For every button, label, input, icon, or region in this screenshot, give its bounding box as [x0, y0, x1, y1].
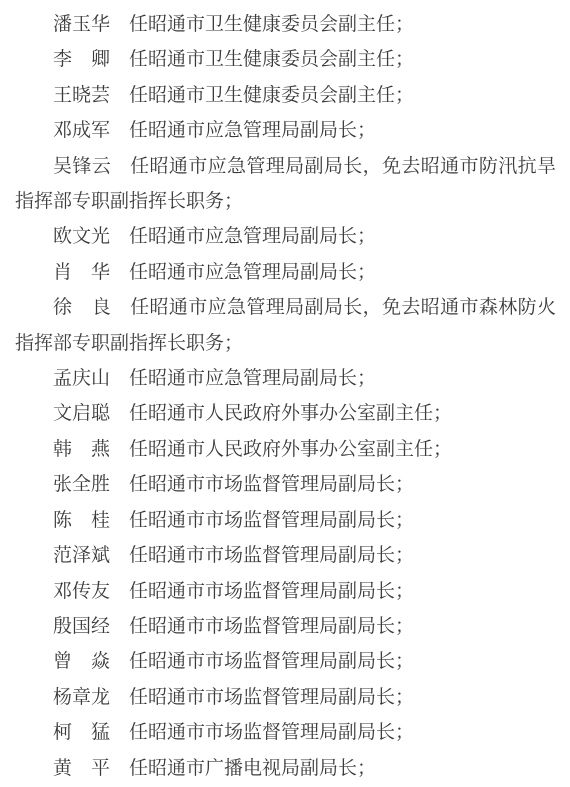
appointment-text: 任昭通市卫生健康委员会副主任； — [129, 49, 414, 70]
person-name: 殷国经 — [53, 616, 110, 637]
appointment-paragraph: 王晓芸任昭通市卫生健康委员会副主任； — [15, 78, 556, 113]
appointment-paragraph: 孟庆山任昭通市应急管理局副局长； — [15, 361, 556, 396]
appointment-paragraph: 黄 平任昭通市广播电视局副局长； — [15, 751, 556, 786]
appointment-paragraph: 杨章龙任昭通市市场监督管理局副局长； — [15, 680, 556, 715]
appointment-text: 任昭通市市场监督管理局副局长； — [129, 545, 414, 566]
appointment-paragraph: 欧文光任昭通市应急管理局副局长； — [15, 219, 556, 254]
person-name: 陈 桂 — [53, 510, 110, 531]
appointment-text: 任昭通市人民政府外事办公室副主任； — [129, 439, 452, 460]
person-name: 文启聪 — [53, 403, 110, 424]
appointment-paragraph: 邓成军任昭通市应急管理局副局长； — [15, 113, 556, 148]
person-name: 曾 焱 — [53, 651, 110, 672]
appointment-text: 任昭通市卫生健康委员会副主任； — [129, 14, 414, 35]
appointment-document: 潘玉华任昭通市卫生健康委员会副主任； 李 卿任昭通市卫生健康委员会副主任； 王晓… — [0, 0, 570, 786]
person-name: 邓成军 — [53, 120, 110, 141]
appointment-text: 任昭通市人民政府外事办公室副主任； — [129, 403, 452, 424]
appointment-text: 任昭通市广播电视局副局长； — [129, 758, 376, 779]
person-name: 李 卿 — [53, 49, 110, 70]
person-name: 潘玉华 — [53, 14, 110, 35]
appointment-paragraph: 潘玉华任昭通市卫生健康委员会副主任； — [15, 7, 556, 42]
appointment-paragraph: 柯 猛任昭通市市场监督管理局副局长； — [15, 715, 556, 750]
appointment-paragraph: 张全胜任昭通市市场监督管理局副局长； — [15, 467, 556, 502]
appointment-text: 任昭通市应急管理局副局长； — [129, 226, 376, 247]
person-name: 张全胜 — [53, 474, 110, 495]
person-name: 欧文光 — [53, 226, 110, 247]
appointment-text: 任昭通市应急管理局副局长； — [129, 120, 376, 141]
person-name: 孟庆山 — [53, 368, 110, 389]
person-name: 黄 平 — [53, 758, 110, 779]
person-name: 柯 猛 — [53, 722, 110, 743]
appointment-text: 任昭通市市场监督管理局副局长； — [129, 510, 414, 531]
appointment-paragraph: 肖 华任昭通市应急管理局副局长； — [15, 255, 556, 290]
appointment-paragraph: 李 卿任昭通市卫生健康委员会副主任； — [15, 42, 556, 77]
appointment-text: 任昭通市卫生健康委员会副主任； — [129, 85, 414, 106]
person-name: 徐 良 — [53, 297, 111, 318]
person-name: 王晓芸 — [53, 85, 110, 106]
appointment-text: 任昭通市应急管理局副局长； — [129, 262, 376, 283]
person-name: 邓传友 — [53, 581, 110, 602]
appointment-paragraph: 徐 良任昭通市应急管理局副局长，免去昭通市森林防火指挥部专职副指挥长职务； — [15, 290, 556, 361]
appointment-text: 任昭通市市场监督管理局副局长； — [129, 722, 414, 743]
appointment-text: 任昭通市市场监督管理局副局长； — [129, 687, 414, 708]
appointment-paragraph: 邓传友任昭通市市场监督管理局副局长； — [15, 574, 556, 609]
appointment-paragraph: 陈 桂任昭通市市场监督管理局副局长； — [15, 503, 556, 538]
appointment-paragraph: 范泽斌任昭通市市场监督管理局副局长； — [15, 538, 556, 573]
person-name: 肖 华 — [53, 262, 110, 283]
appointment-paragraph: 曾 焱任昭通市市场监督管理局副局长； — [15, 644, 556, 679]
appointment-text: 任昭通市应急管理局副局长； — [129, 368, 376, 389]
person-name: 杨章龙 — [53, 687, 110, 708]
person-name: 韩 燕 — [53, 439, 110, 460]
appointment-text: 任昭通市市场监督管理局副局长； — [129, 474, 414, 495]
appointment-paragraph: 吴锋云任昭通市应急管理局副局长，免去昭通市防汛抗旱指挥部专职副指挥长职务； — [15, 149, 556, 220]
appointment-text: 任昭通市市场监督管理局副局长； — [129, 581, 414, 602]
appointment-text: 任昭通市市场监督管理局副局长； — [129, 651, 414, 672]
appointment-paragraph: 殷国经任昭通市市场监督管理局副局长； — [15, 609, 556, 644]
person-name: 吴锋云 — [53, 156, 111, 177]
appointment-text: 任昭通市市场监督管理局副局长； — [129, 616, 414, 637]
person-name: 范泽斌 — [53, 545, 110, 566]
appointment-paragraph: 韩 燕任昭通市人民政府外事办公室副主任； — [15, 432, 556, 467]
appointment-paragraph: 文启聪任昭通市人民政府外事办公室副主任； — [15, 396, 556, 431]
